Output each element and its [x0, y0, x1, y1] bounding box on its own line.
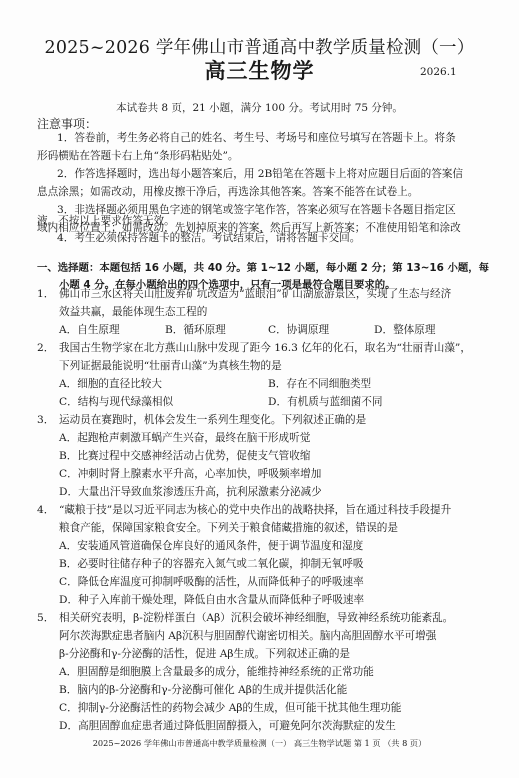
- exam-page: 2025~2026 学年佛山市普通高中教学质量检测（一） 高三生物学 2026.…: [0, 0, 519, 778]
- question-stem: 运动员在赛跑时，机体会发生一系列生理变化。下列叙述正确的是: [59, 412, 366, 430]
- exam-date: 2026.1: [420, 66, 457, 78]
- option-d: D．有机质与蓝细菌不同: [268, 394, 382, 412]
- option-d: D．整体原理: [374, 322, 435, 340]
- question-number: 3．: [37, 412, 54, 430]
- option-c: C．冲刺时肾上腺素水平升高，心率加快，呼吸频率增加: [59, 466, 321, 484]
- option-a: A．胆固醇是细胞膜上含量最多的成分，能维持神经系统的正常功能: [59, 664, 374, 682]
- option-b: B．存在不同细胞类型: [268, 376, 371, 394]
- option-d: D．高胆固醇血症患者通过降低胆固醇摄入，可避免阿尔茨海默症的发生: [59, 718, 396, 736]
- option-c: C．抑制γ-分泌酶活性的药物会减少 Aβ的生成，但可能干扰其他生理功能: [59, 700, 401, 718]
- option-a: A．安装通风管道确保仓库良好的通风条件，便于调节温度和湿度: [59, 538, 363, 556]
- option-b: B．比赛过程中交感神经活动占优势，促使支气管收缩: [59, 448, 310, 466]
- question-stem: “藏粮于技”是以习近平同志为核心的党中央作出的战略抉择，旨在通过科技手段提升: [59, 502, 451, 520]
- option-b: B．循环原理: [165, 322, 226, 340]
- page-footer: 2025~2026 学年佛山市普通高中教学质量检测（一） 高三生物学试题 第 1…: [0, 738, 519, 749]
- notice-line: 2．作答选择题时，选出每小题答案后，用 2B铅笔在答题卡上将对应题目后面的答案信: [57, 166, 463, 184]
- question-number: 4．: [37, 502, 54, 520]
- question-stem: β-分泌酶和γ-分泌酶的活性，促进 Aβ生成。下列叙述正确的是: [59, 646, 350, 664]
- notice-line: 形码横贴在答题卡右上角“条形码粘贴处”。: [37, 148, 239, 166]
- question-stem: 效益共赢，最能体现生态工程的: [59, 304, 207, 322]
- section-heading: 一、选择题：本题包括 16 小题，共 40 分。第 1~12 小题，每小题 2 …: [37, 259, 489, 274]
- question-number: 1．: [37, 286, 54, 304]
- question-stem: 阿尔茨海默症患者脑内 Aβ沉积与胆固醇代谢密切相关。脑内高胆固醇水平可增强: [59, 628, 436, 646]
- option-a: A．自生原理: [59, 322, 120, 340]
- question-stem: 佛山市三水区将关山肚废弃矿坑改造为“蓝眼泪”矿山湖旅游景区，实现了生态与经济: [59, 286, 451, 304]
- question-stem: 我国古生物学家在北方燕山山脉中发现了距今 16.3 亿年的化石，取名为“壮丽青山…: [59, 340, 471, 358]
- option-c: C．降低仓库温度可抑制呼吸酶的活性，从而降低种子的呼吸速率: [59, 574, 364, 592]
- option-a: A．细胞的直径比较大: [59, 376, 162, 394]
- notice-line: 息点涂黑；如需改动，用橡皮擦干净后，再选涂其他答案。答案不能答在试卷上。: [37, 184, 418, 202]
- exam-intro: 本试卷共 8 页，21 小题，满分 100 分。考试用时 75 分钟。: [0, 100, 519, 115]
- option-c: C．结构与现代绿藻相似: [59, 394, 173, 412]
- option-b: B．脑内的β-分泌酶和γ-分泌酶可催化 Aβ的生成并提供活化能: [59, 682, 347, 700]
- question-number: 5．: [37, 610, 54, 628]
- notice-line: 液。不按以上要求作答无效。: [37, 213, 175, 231]
- notice-line: 4．考生必须保持答题卡的整洁。考试结束后，请将答题卡交回。: [57, 230, 360, 248]
- option-c: C．协调原理: [268, 322, 329, 340]
- notice-line: 1．答卷前，考生务必将自己的姓名、考生号、考场号和座位号填写在答题卡上。将条: [57, 130, 456, 148]
- option-d: D．种子入库前干燥处理，降低自由水含量从而降低种子呼吸速率: [59, 592, 364, 610]
- question-stem: 下列证据最能说明“壮丽青山藻”为真核生物的是: [59, 358, 282, 376]
- option-b: B．必要时往储存种子的容器充入氮气或二氧化碳，抑制无氧呼吸: [59, 556, 363, 574]
- option-a: A．起跑枪声刺激耳蜗产生兴奋，最终在脑干形成听觉: [59, 430, 310, 448]
- option-d: D．大量出汗导致血浆渗透压升高，抗利尿激素分泌减少: [59, 484, 322, 502]
- question-stem: 粮食产能，保障国家粮食安全。下列关于粮食储藏措施的叙述，错误的是: [59, 520, 398, 538]
- question-stem: 相关研究表明，β-淀粉样蛋白（Aβ）沉积会破坏神经细胞，导致神经系统功能紊乱。: [59, 610, 453, 628]
- question-number: 2．: [37, 340, 54, 358]
